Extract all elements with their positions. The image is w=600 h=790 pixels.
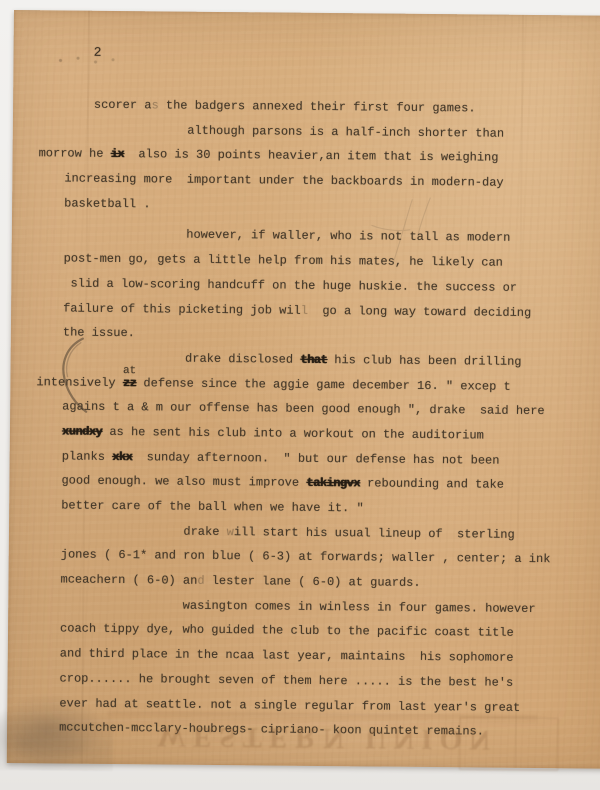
typed-segment: l <box>301 303 308 317</box>
typed-segment: agains t a & m our offense has been good… <box>62 400 545 419</box>
typewritten-page: 2 scorer as the badgers annexed their fi… <box>7 10 600 769</box>
typed-segment: good enough. we also must improve <box>61 474 306 490</box>
typed-segment: ill start his usual lineup of sterling <box>234 525 515 542</box>
struck-out-word: xundxy <box>62 424 102 438</box>
typed-segment: defense since the aggie game december 16… <box>136 376 511 394</box>
struck-out-word: that <box>300 353 327 367</box>
typed-line: basketball . <box>64 191 554 220</box>
typed-segment: wasington comes in winless in four games… <box>60 597 535 616</box>
typed-segment: slid a low-scoring handcuff on the huge … <box>63 276 517 294</box>
typed-segment: mccutchen-mcclary-houbregs- cipriano- ko… <box>59 721 484 739</box>
typed-segment: better care of the ball when we have it.… <box>61 498 364 515</box>
struck-out-word: ix <box>111 147 125 161</box>
struck-out-word: xkx <box>112 450 132 464</box>
typed-segment: w <box>227 525 234 539</box>
ink-speckles <box>53 54 123 67</box>
typed-segment: mceachern ( 6-0) an <box>60 573 197 588</box>
typed-segment: the badgers annexed their first four gam… <box>159 98 476 115</box>
typed-segment: drake <box>61 523 227 539</box>
typed-segment: jones ( 6-1* and ron blue ( 6-3) at forw… <box>61 548 551 567</box>
typed-segment: however, if waller, who is not tall as m… <box>64 227 511 245</box>
typed-segment: d <box>197 574 204 588</box>
typed-segment: increasing more important under the back… <box>64 172 503 190</box>
typed-segment: planks <box>62 449 113 463</box>
typed-line: mccutchen-mcclary-houbregs- cipriano- ko… <box>59 716 549 745</box>
typed-segment: basketball . <box>64 196 151 211</box>
typed-segment: morrow he <box>39 147 111 162</box>
typed-segment: lester lane ( 6-0) at guards. <box>204 574 420 590</box>
typed-segment: as he sent his club into a workout on th… <box>102 425 484 443</box>
typed-segment: coach tippy dye, who guided the club to … <box>60 622 514 640</box>
typed-segment: failure of this picketing job wil <box>63 301 301 317</box>
typed-segment: his club has been drilling <box>327 353 522 369</box>
page-number: 2 <box>94 45 102 60</box>
typed-segment: ever had at seattle. not a single regula… <box>59 696 520 714</box>
typed-segment: drake disclosed <box>63 350 301 366</box>
typed-segment: post-men go, gets a little help from his… <box>64 252 503 270</box>
typed-segment: and third place in the ncaa last year, m… <box>60 647 514 665</box>
typed-segment: the issue. <box>63 326 135 341</box>
typed-segment: go a long way toward deciding <box>308 303 531 319</box>
typed-segment: crop...... he brought seven of them here… <box>60 671 514 689</box>
typed-segment: scorer a <box>65 97 152 112</box>
typed-segment: rebounding and take <box>360 477 504 492</box>
struck-out-word: takingvx <box>306 476 360 491</box>
typed-text: scorer as the badgers annexed their firs… <box>59 92 555 745</box>
typed-segment: also is 30 points heavier,an item that i… <box>124 147 499 165</box>
typed-segment: s <box>151 98 158 112</box>
typed-segment: sunday afternoon. " but our defense has … <box>132 450 499 468</box>
inserted-word: at <box>123 359 136 384</box>
typed-segment: intensively <box>36 375 123 390</box>
typed-segment: although parsons is a half-inch shorter … <box>65 122 504 140</box>
